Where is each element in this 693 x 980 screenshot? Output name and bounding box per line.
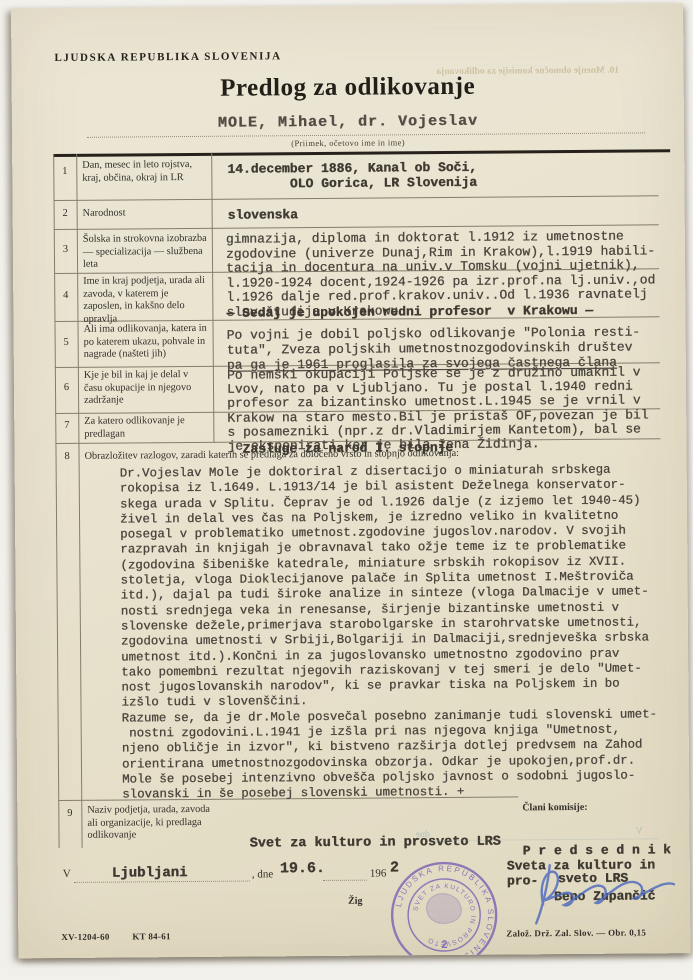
value-justification: Dr.Vojeslav Mole je doktoriral z diserta…: [120, 462, 685, 803]
date-dotted-line: [323, 880, 367, 881]
stamp-here-label: Žig: [348, 896, 363, 907]
place-city-typed: Ljubljani: [112, 866, 188, 881]
row-number: 1: [53, 166, 76, 177]
row-label-nationality: Narodnost: [83, 207, 207, 221]
publisher-note: Založ. Drž. Zal. Slov. — Obr. 0,15: [506, 927, 646, 938]
row-number: 5: [55, 337, 78, 348]
row-number: 9: [58, 808, 81, 819]
table-left-border: [53, 154, 59, 848]
row-label-decorations: Ali ima odlikovanja, katera in po katere…: [84, 323, 208, 362]
value-birth: 14.december 1886, Kanal ob Soči, OLO Gor…: [227, 161, 477, 192]
date-day-typed: 19.6.: [280, 862, 325, 877]
row-number: 7: [55, 420, 78, 431]
row-number: 6: [55, 382, 78, 393]
row-label-birth: Dan, mesec in leto rojstva, kraj, občina…: [82, 159, 206, 185]
row-number: 3: [54, 244, 77, 255]
date-prefix-label: , dne: [252, 868, 273, 880]
row-label-proposed-decoration: Za katero odlikovanje je predlagan: [84, 415, 208, 441]
scanned-document-page: { "page": { "org": "LJUDSKA REPUBLIKA SL…: [0, 0, 693, 980]
row-number: 4: [54, 290, 77, 301]
table-label-column-border: [211, 153, 214, 443]
recipient-name: MOLE, Mihael, dr. Vojeslav: [12, 111, 684, 133]
value-proposing-organization: Svet za kulturo in prosveto LRS: [250, 836, 501, 853]
form-code-mid: KT 84-61: [132, 931, 171, 941]
official-stamp-seal: LJUDSKA REPUBLIKA SLOVENIJA SVET ZA KULT…: [382, 853, 507, 959]
row-divider-1: [54, 195, 659, 201]
place-prefix-label: V: [63, 868, 71, 880]
republic-header: LJUDSKA REPUBLIKA SLOVENIJA: [54, 50, 281, 64]
row-label-proposing-organization: Naziv podjetja, urada, zavoda ali organi…: [87, 804, 222, 843]
row-label-employer: Ime in kraj podjetja, urada ali zavoda, …: [83, 275, 207, 326]
row-label-education: Šolska in strokovna izobrazba — speciali…: [83, 233, 207, 272]
page-title: Predlog za odlikovanje: [12, 71, 684, 104]
paper-sheet: LJUDSKA REPUBLIKA SLOVENIJA 10. Mnenje o…: [11, 3, 690, 958]
value-employer: — Sedaj je upokojen redni profesor v Kra…: [226, 304, 593, 321]
value-nationality: slovenska: [228, 208, 298, 223]
stamp-star-icon: ★: [441, 954, 448, 958]
row-label-occupation-period: Kje je bil in kaj je delal v času okupac…: [84, 369, 208, 408]
row-number: 8: [56, 451, 79, 462]
row-number: 2: [54, 208, 77, 219]
committee-members-label: Člani komisije:: [522, 802, 587, 814]
table-number-column-border: [76, 154, 82, 848]
form-code-left: XV-1204-60: [61, 932, 109, 942]
bleed-through-dne: dne: [415, 829, 430, 840]
table-top-border: [53, 149, 670, 157]
value-proposed-decoration: Zasluge za narod I. stopnje: [242, 441, 453, 457]
bleed-through-v: V: [635, 825, 642, 836]
stamp-number: 2: [441, 939, 447, 951]
value-decorations-text: Po vojni je dobil poljsko odlikovanje "P…: [227, 324, 641, 357]
stamp-emblem: [427, 893, 462, 923]
